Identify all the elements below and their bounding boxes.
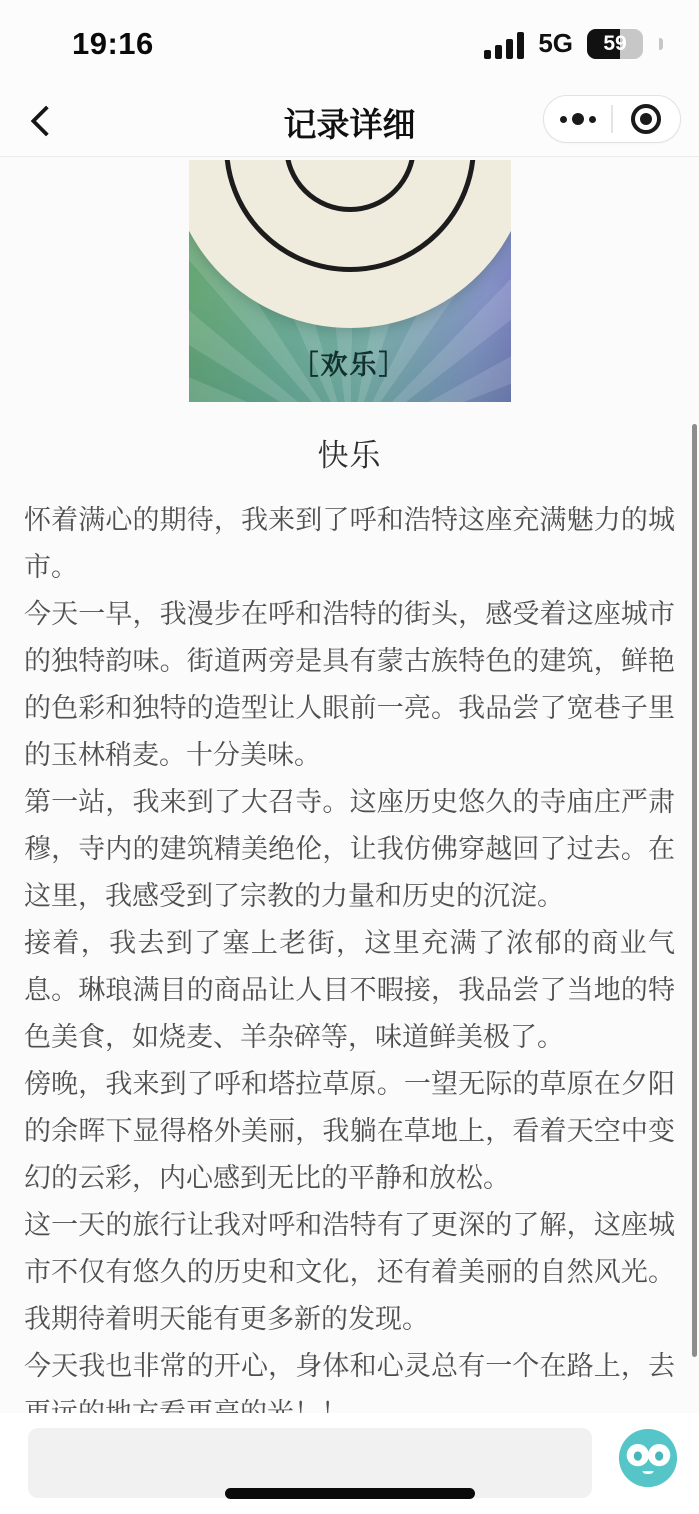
nav-bar: 记录详细 (0, 85, 699, 157)
miniprogram-capsule (543, 95, 681, 143)
mood-card-image[interactable]: ［欢乐］ (189, 160, 511, 402)
entry-paragraph: 这一天的旅行让我对呼和浩特有了更深的了解，这座城市不仅有悠久的历史和文化，还有着… (24, 1202, 675, 1343)
more-options-button[interactable] (544, 96, 611, 142)
signal-bars-icon (484, 29, 524, 59)
entry-paragraph: 今天一早，我漫步在呼和浩特的街头，感受着这座城市的独特韵味。街道两旁是具有蒙古族… (24, 591, 675, 779)
record-content: ［欢乐］ 快乐 怀着满心的期待，我来到了呼和浩特这座充满魅力的城市。 今天一早，… (0, 158, 699, 1413)
network-type-label: 5G (538, 28, 573, 59)
status-bar: 19:16 5G 59 (0, 0, 699, 85)
mascot-assistant-button[interactable] (617, 1426, 679, 1490)
three-dots-icon (560, 113, 596, 125)
target-circle-icon (631, 104, 661, 134)
scrollbar[interactable] (692, 424, 697, 1357)
home-indicator (225, 1488, 475, 1499)
entry-paragraph: 第一站，我来到了大召寺。这座历史悠久的寺庙庄严肃穆，寺内的建筑精美绝伦，让我仿佛… (24, 779, 675, 920)
exit-miniprogram-button[interactable] (613, 96, 680, 142)
record-detail-screen: 19:16 5G 59 记录详细 (0, 0, 699, 1514)
entry-paragraph: 接着，我去到了塞上老街，这里充满了浓郁的商业气息。琳琅满目的商品让人目不暇接，我… (24, 920, 675, 1061)
clock-time: 19:16 (72, 26, 154, 62)
card-caption: ［欢乐］ (189, 343, 511, 382)
status-icons: 5G 59 (484, 28, 663, 59)
entry-paragraph: 今天我也非常的开心，身体和心灵总有一个在路上，去更远的地方看更亮的光！！ (24, 1343, 675, 1413)
entry-paragraph: 傍晚，我来到了呼和塔拉草原。一望无际的草原在夕阳的余晖下显得格外美丽，我躺在草地… (24, 1061, 675, 1202)
entry-title: 快乐 (24, 430, 675, 475)
battery-percent: 59 (587, 29, 643, 59)
battery-cap (659, 38, 663, 50)
battery-icon: 59 (587, 29, 643, 59)
entry-body: 怀着满心的期待，我来到了呼和浩特这座充满魅力的城市。 今天一早，我漫步在呼和浩特… (24, 497, 675, 1413)
entry-paragraph: 怀着满心的期待，我来到了呼和浩特这座充满魅力的城市。 (24, 497, 675, 591)
frog-face-icon (617, 1426, 679, 1490)
